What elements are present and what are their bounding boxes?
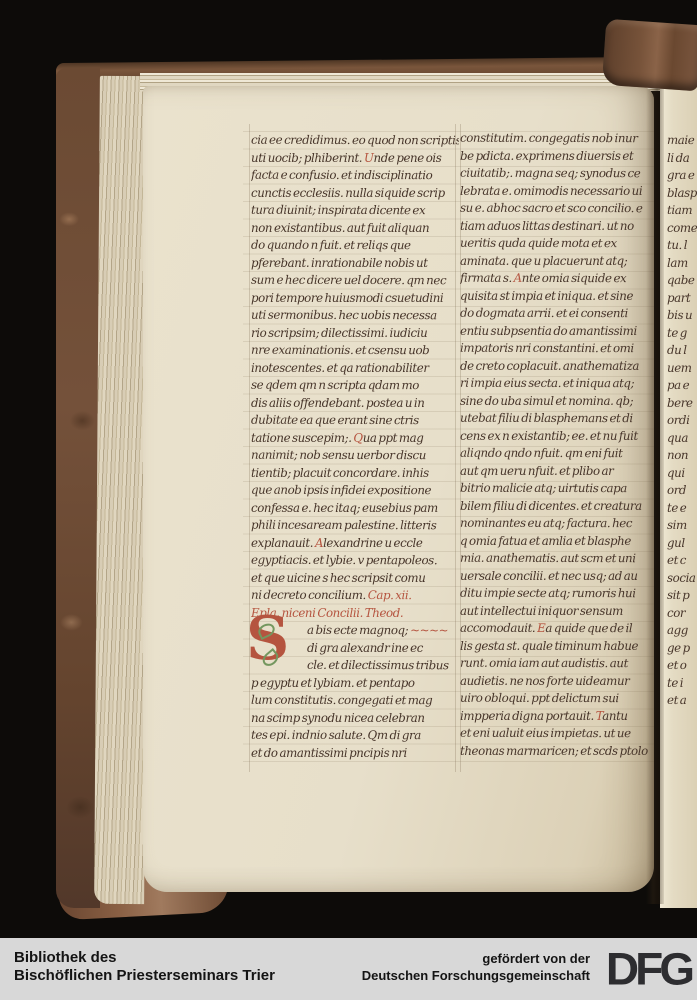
manuscript-text-line: sum e hec dicere uel docere. qm nec — [251, 272, 459, 290]
manuscript-text-line: uem — [667, 360, 697, 378]
manuscript-text-line: et eni ualuit eius impietas. ut ue — [460, 725, 654, 743]
manuscript-text-line: non — [667, 447, 697, 465]
manuscript-text-line: tiam — [667, 202, 697, 220]
manuscript-text-line: ordi — [667, 412, 697, 430]
library-credit: Bibliothek des Bischöflichen Priestersem… — [14, 949, 275, 985]
manuscript-text-line: impperia digna portauit. Tantu — [460, 708, 654, 726]
manuscript-text-line: ri impia eius secta. et iniqua atq; — [460, 375, 654, 393]
manuscript-text-line: tura diuinit; inspirata dicente ex — [251, 202, 459, 220]
manuscript-text-line: bilem filiu di dicentes. et creatura — [460, 498, 654, 516]
manuscript-text-line: gul — [667, 535, 697, 553]
manuscript-text-line: dubitate ea que erant sine ctris — [251, 412, 459, 430]
manuscript-text-line: ge p — [667, 640, 697, 658]
manuscript-text-line: nanimit; nob sensu uerbor discu — [251, 447, 459, 465]
manuscript-text-line: ciuitatib;. magna seq; synodus ce — [460, 165, 654, 183]
manuscript-text-line: qabe — [667, 272, 697, 290]
manuscript-text-line: et do amantissimi pncipis nri — [251, 745, 459, 763]
manuscript-text-line: gra e — [667, 167, 697, 185]
funding-credit: gefördert von der Deutschen Forschungsge… — [362, 950, 590, 984]
text-column-right: constitutim. congegatis nob inurbe pdict… — [460, 130, 654, 760]
manuscript-text-line: constitutim. congegatis nob inur — [460, 130, 654, 148]
manuscript-text-line: lum constitutis. congegati et mag — [251, 692, 459, 710]
manuscript-text-line: agg — [667, 622, 697, 640]
manuscript-text-line: li da — [667, 150, 697, 168]
manuscript-text-line: lebrata e. omimodis necessario ui — [460, 183, 654, 201]
manuscript-text-line: qua — [667, 430, 697, 448]
manuscript-text-line: inotescentes. et qa rationabiliter — [251, 360, 459, 378]
manuscript-text-line: sine do uba simul et nomina. qb; — [460, 393, 654, 411]
manuscript-text-line: ditu impie secte atq; rumoris hui — [460, 585, 654, 603]
manuscript-text-line: pori tempore huiusmodi csuetudini — [251, 290, 459, 308]
manuscript-text-line: tiam aduos littas destinari. ut no — [460, 218, 654, 236]
manuscript-text-line: te i — [667, 675, 697, 693]
manuscript-text-line: audietis. ne nos forte uideamur — [460, 673, 654, 691]
manuscript-text-line: se qdem qm n scripta qdam mo — [251, 377, 459, 395]
manuscript-text-line: ni decreto concilium. Cap. xii. — [251, 587, 459, 605]
manuscript-text-line: blasp — [667, 185, 697, 203]
manuscript-text-line: non existantibus. aut fuit aliquan — [251, 220, 459, 238]
manuscript-text-line: aliqndo qndo nfuit. qm eni fuit — [460, 445, 654, 463]
manuscript-text-line: mia. anathematis. aut scm et uni — [460, 550, 654, 568]
dfg-logo: DFG — [606, 943, 691, 996]
manuscript-text-line: cor — [667, 605, 697, 623]
manuscript-text-line: bitrio malicie atq; uirtutis capa — [460, 480, 654, 498]
facing-page-edge: maieli dagra eblasptiamcometu. llamqabep… — [660, 76, 697, 908]
manuscript-text-line: bis u — [667, 307, 697, 325]
library-credit-line2: Bischöflichen Priesterseminars Trier — [14, 967, 275, 985]
manuscript-text-line: uti sermonibus. hec uobis necessa — [251, 307, 459, 325]
manuscript-text-line: lis gesta st. quale timinum habue — [460, 638, 654, 656]
manuscript-text-line: facta e confusio. et indisciplinatio — [251, 167, 459, 185]
manuscript-text-line: tu. l — [667, 237, 697, 255]
manuscript-text-line: theonas marmaricen; et scds ptolo — [460, 743, 654, 761]
manuscript-text-line: egyptiacis. et lybie. v pentapoleos. — [251, 552, 459, 570]
manuscript-text-line: et que uicine s hec scripsit comu — [251, 570, 459, 588]
manuscript-text-line: et a — [667, 692, 697, 710]
manuscript-text-line: uersale concilii. et nec usq; ad au — [460, 568, 654, 586]
manuscript-text-line: et o — [667, 657, 697, 675]
footer-band: Bibliothek des Bischöflichen Priestersem… — [0, 938, 697, 1000]
manuscript-text-line: ord — [667, 482, 697, 500]
manuscript-text-line: firmata s. Ante omia siquide ex — [460, 270, 654, 288]
manuscript-text-line: do quando n fuit. et reliqs que — [251, 237, 459, 255]
manuscript-text-line: come — [667, 220, 697, 238]
manuscript-text-line: qui — [667, 465, 697, 483]
manuscript-text-line: socia — [667, 570, 697, 588]
manuscript-text-line: maie — [667, 132, 697, 150]
manuscript-text-line: sim — [667, 517, 697, 535]
manuscript-text-line: que anob ipsis infidei expositione — [251, 482, 459, 500]
manuscript-text-line: lam — [667, 255, 697, 273]
manuscript-text-line: cens ex n existantib; ee. et nu fuit — [460, 428, 654, 446]
manuscript-text-line: aminata. que u placuerunt atq; — [460, 253, 654, 271]
manuscript-text-line: q omia fatua et amlia et blasphe — [460, 533, 654, 551]
library-credit-line1: Bibliothek des — [14, 949, 275, 967]
manuscript-text-line: sit p — [667, 587, 697, 605]
manuscript-text-line: pferebant. inrationabile nobis ut — [251, 255, 459, 273]
manuscript-text-line: su e. abhoc sacro et sco concilio. e — [460, 200, 654, 218]
manuscript-text-line: confessa e. hec itaq; eusebius pam — [251, 500, 459, 518]
manuscript-text-line: cunctis ecclesiis. nulla siquide scrip — [251, 185, 459, 203]
manuscript-text-line: entiu subpsentia do amantissimi — [460, 323, 654, 341]
manuscript-text-line: dis aliis offendebant. postea u in — [251, 395, 459, 413]
manuscript-text-line: uiro obloqui. ppt delictum sui — [460, 690, 654, 708]
decorated-initial: S — [246, 616, 306, 678]
manuscript-text-line: accomodauit. Ea quide que de il — [460, 620, 654, 638]
manuscript-text-line: et c — [667, 552, 697, 570]
manuscript-text-line: rio scripsim; dilectissimi. iudiciu — [251, 325, 459, 343]
manuscript-photograph: cia ee credidimus. eo quod non scriptisu… — [0, 0, 697, 1000]
manuscript-text-line: impatoris nri constantini. et omi — [460, 340, 654, 358]
manuscript-text-line: nominantes eu atq; factura. hec — [460, 515, 654, 533]
text-column-facing-page: maieli dagra eblasptiamcometu. llamqabep… — [667, 132, 697, 710]
book-gutter-shadow — [646, 58, 664, 904]
funding-credit-line2: Deutschen Forschungsgemeinschaft — [362, 967, 590, 984]
manuscript-text-line: bere — [667, 395, 697, 413]
funding-credit-line1: gefördert von der — [362, 950, 590, 967]
manuscript-text-line: cia ee credidimus. eo quod non scriptis — [251, 132, 459, 150]
manuscript-text-line: tatione suscepim;. Qua ppt mag — [251, 430, 459, 448]
manuscript-text-line: explanauit. Alexandrine u eccle — [251, 535, 459, 553]
manuscript-text-line: aut qm ueru nfuit. et plibo ar — [460, 463, 654, 481]
manuscript-text-line: te g — [667, 325, 697, 343]
manuscript-text-line: do dogmata arrii. et ei consenti — [460, 305, 654, 323]
book-cover-left-edge — [56, 68, 100, 908]
manuscript-text-line: utebat filiu di blasphemans et di — [460, 410, 654, 428]
manuscript-text-line: aut intellectui iniquor sensum — [460, 603, 654, 621]
manuscript-page-verso: cia ee credidimus. eo quod non scriptisu… — [143, 86, 654, 892]
manuscript-text-line: du l — [667, 342, 697, 360]
book-cover-top-right-corner — [602, 19, 697, 92]
manuscript-text-line: de creto coplacuit. anathematiza — [460, 358, 654, 376]
manuscript-text-line: te e — [667, 500, 697, 518]
manuscript-text-line: nre examinationis. et csensu uob — [251, 342, 459, 360]
manuscript-text-line: part — [667, 290, 697, 308]
manuscript-text-line: pa e — [667, 377, 697, 395]
manuscript-text-line: tes epi. indnio salute. Qm di gra — [251, 727, 459, 745]
manuscript-text-line: quisita st impia et iniqua. et sine — [460, 288, 654, 306]
manuscript-text-line: tientib; placuit concordare. inhis — [251, 465, 459, 483]
manuscript-text-line: na scimp synodu nicea celebran — [251, 710, 459, 728]
manuscript-text-line: be pdicta. exprimens diuersis et — [460, 148, 654, 166]
page-stack-left-edge — [94, 76, 150, 904]
manuscript-text-line: phili incesaream palestine. litteris — [251, 517, 459, 535]
manuscript-text-line: ueritis quda quide mota et ex — [460, 235, 654, 253]
manuscript-text-line: runt. omia iam aut audistis. aut — [460, 655, 654, 673]
manuscript-text-line: uti uocib; plhiberint. Unde pene ois — [251, 150, 459, 168]
